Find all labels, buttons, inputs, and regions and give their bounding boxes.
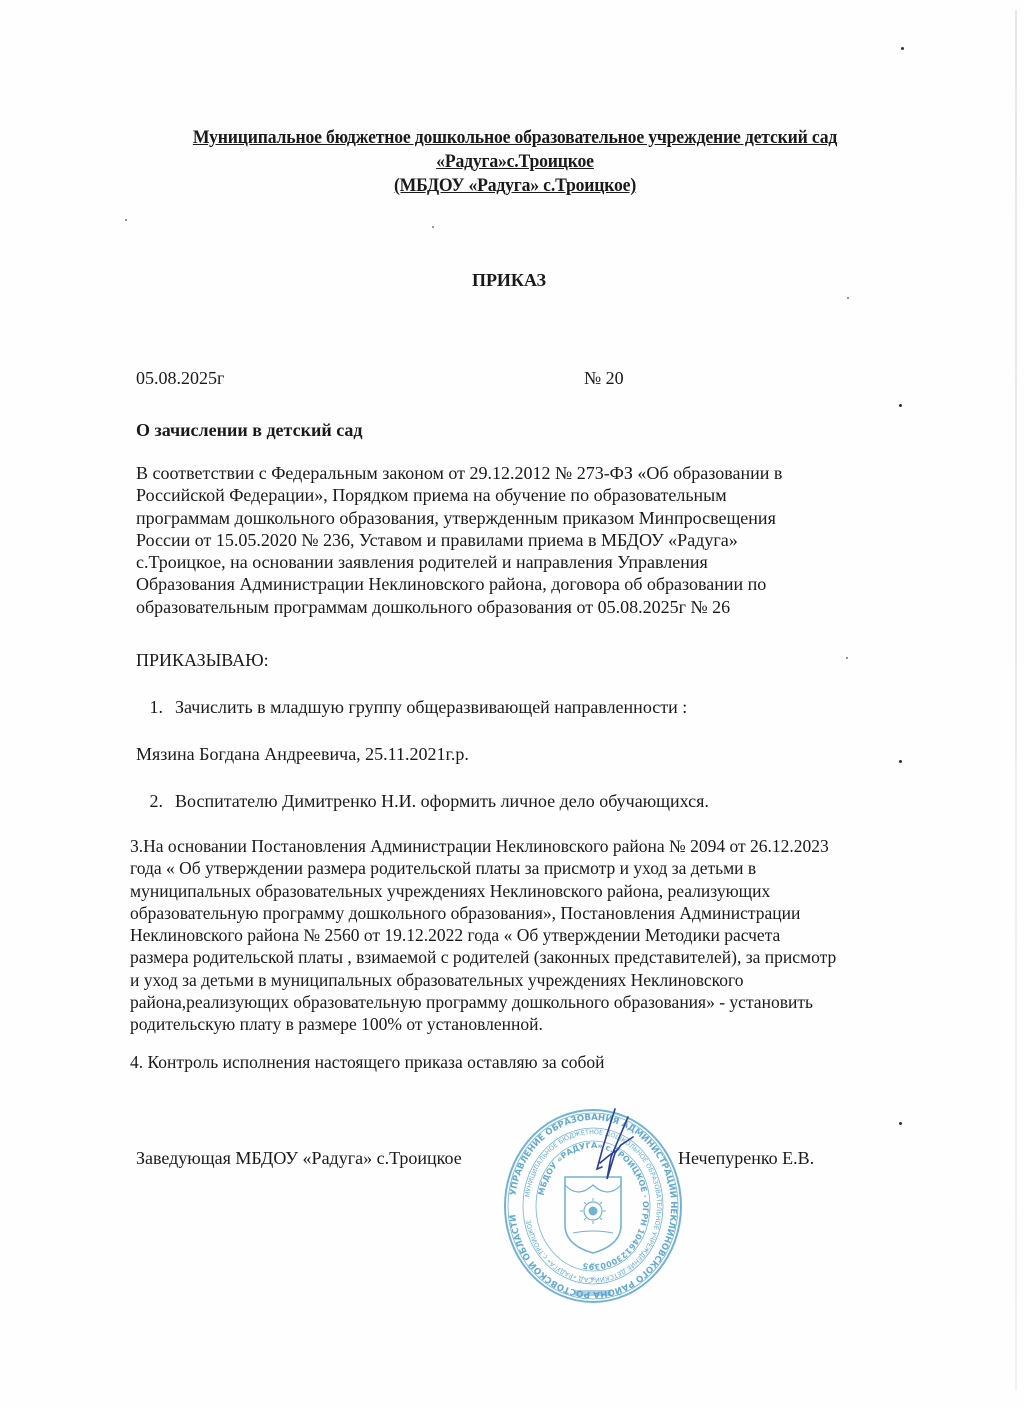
organization-header: Муниципальное бюджетное дошкольное образ… [157, 126, 873, 198]
document-subject: О зачислении в детский сад [136, 420, 363, 441]
preamble-line: России от 15.05.2020 № 236, Уставом и пр… [136, 529, 896, 551]
preamble-line: с.Троицкое, на основании заявления родит… [136, 551, 896, 573]
paragraph-line: и уход за детьми в муниципальных образов… [130, 969, 900, 991]
preamble-line: Образования Администрации Неклиновского … [136, 573, 896, 595]
scan-speck [899, 404, 902, 407]
scan-speck [847, 297, 849, 299]
item-number: 1. [133, 697, 163, 718]
scan-speck [125, 219, 127, 221]
scan-speck [432, 226, 434, 228]
scan-speck [899, 1122, 902, 1125]
document-number: № 20 [584, 368, 624, 389]
preamble-paragraph: В соответствии с Федеральным законом от … [136, 462, 896, 618]
svg-text:МБДОУ «РАДУГА» с.ТРОИЦКОЕ · ОГ: МБДОУ «РАДУГА» с.ТРОИЦКОЕ · ОГРН 1046123… [537, 1141, 650, 1271]
scan-speck [846, 657, 848, 659]
item-text: Зачислить в младшую группу общеразвивающ… [175, 697, 687, 717]
order-item-2: 2.Воспитателю Димитренко Н.И. оформить л… [133, 791, 709, 812]
svg-text:*: * [591, 1262, 596, 1272]
order-item-4: 4. Контроль исполнения настоящего приказ… [130, 1052, 605, 1073]
signatory-name: Нечепуренко Е.В. [678, 1148, 814, 1169]
order-directive: ПРИКАЗЫВАЮ: [136, 650, 269, 671]
document-type: ПРИКАЗ [472, 270, 546, 291]
enrolled-child: Мязина Богдана Андреевича, 25.11.2021г.р… [136, 744, 469, 765]
paragraph-line: района,реализующих образовательную прогр… [130, 991, 900, 1013]
item-number: 2. [133, 791, 163, 812]
scan-edge [1015, 10, 1017, 1390]
order-item-1: 1.Зачислить в младшую группу общеразвива… [133, 697, 687, 718]
signatory-role: Заведующая МБДОУ «Радуга» с.Троицкое [136, 1148, 462, 1169]
document-title: ПРИКАЗ [0, 270, 1024, 291]
official-stamp: УПРАВЛЕНИЕ ОБРАЗОВАНИЯ АДМИНИСТРАЦИИ НЕК… [503, 1107, 683, 1305]
scanned-page: Муниципальное бюджетное дошкольное образ… [0, 0, 1024, 1408]
scan-speck [901, 47, 904, 50]
preamble-line: Российской Федерации», Порядком приема н… [136, 484, 896, 506]
paragraph-line: года « Об утверждении размера родительск… [130, 857, 900, 879]
preamble-line: В соответствии с Федеральным законом от … [136, 462, 896, 484]
paragraph-line: муниципальных образовательных учреждения… [130, 880, 900, 902]
order-item-3: 3.На основании Постановления Администрац… [130, 835, 900, 1036]
scan-speck [899, 760, 902, 763]
paragraph-line: размера родительской платы , взимаемой с… [130, 946, 900, 968]
paragraph-line: образовательную программу дошкольного об… [130, 902, 900, 924]
org-name-line1: Муниципальное бюджетное дошкольное образ… [157, 126, 873, 150]
paragraph-line: 3.На основании Постановления Администрац… [130, 835, 900, 857]
org-name-line3: (МБДОУ «Радуга» с.Троицкое) [157, 174, 873, 198]
preamble-line: образовательным программам дошкольного о… [136, 596, 896, 618]
document-date: 05.08.2025г [136, 368, 224, 389]
svg-text:*: * [591, 1276, 596, 1286]
preamble-line: программам дошкольного образования, утве… [136, 507, 896, 529]
paragraph-line: Неклиновского района № 2560 от 19.12.202… [130, 924, 900, 946]
stamp-seal-icon: УПРАВЛЕНИЕ ОБРАЗОВАНИЯ АДМИНИСТРАЦИИ НЕК… [503, 1107, 683, 1305]
item-text: Воспитателю Димитренко Н.И. оформить лич… [175, 791, 709, 811]
paragraph-line: родительскую плату в размере 100% от уст… [130, 1013, 900, 1035]
org-name-line2: «Радуга»с.Троицкое [157, 150, 873, 174]
